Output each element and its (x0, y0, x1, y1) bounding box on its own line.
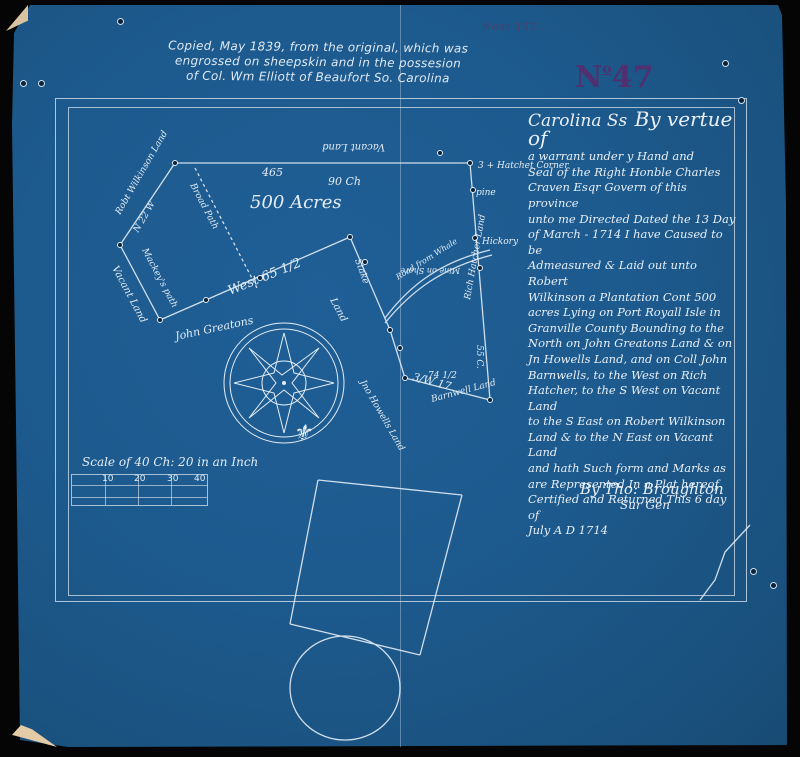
cert-line: Barnwells, to the West on Rich (528, 368, 738, 384)
survey-certificate: Carolina Ss By vertue of a warrant under… (528, 112, 738, 539)
west-boundary (120, 163, 390, 330)
signature-role: Sur Gen (620, 498, 724, 512)
scale-label-10: 10 (102, 474, 113, 484)
scale-caption: Scale of 40 Ch: 20 in an Inch (82, 455, 258, 469)
cert-line: Seal of the Right Honble Charles (528, 165, 738, 181)
cert-line: North on John Greatons Land & on (528, 336, 738, 352)
cert-line: Jn Howells Land, and on Coll John (528, 352, 738, 368)
cert-line: of March - 1714 I have Caused to be (528, 227, 738, 258)
howells-land-label: Jno Howells Land (356, 377, 406, 453)
broad-path (195, 168, 258, 290)
signature-name: By Tho: Broughton (580, 480, 724, 498)
top-vacant-land-label: Vacant Land (322, 141, 385, 152)
bearing-west-65: West 65 1/2 (226, 256, 304, 299)
sketch-bottom (290, 624, 420, 655)
surveyor-signature: By Tho: Broughton Sur Gen (580, 480, 724, 512)
scale-label-20: 20 (134, 474, 145, 484)
scale-row (72, 497, 207, 498)
map-labels: 500 Acres 465 90 Ch Vacant Land West 65 … (109, 129, 569, 453)
cert-line: and hath Such form and Marks as (528, 461, 738, 477)
mackeys-path-label: Mackey's path (139, 246, 179, 310)
mine-on-shore-label: Mine on Shore (400, 266, 461, 275)
bearing-55c: 55 C. (474, 345, 484, 369)
cert-line: to the S East on Robert Wilkinson (528, 414, 738, 430)
cert-line: Wilkinson a Plantation Cont 500 (528, 290, 738, 306)
bearing-n22w: N 22 W (131, 199, 158, 235)
cert-line: acres Lying on Port Royall Isle in (528, 305, 738, 321)
cert-line: Hatcher, to the S West on Vacant Land (528, 383, 738, 414)
land-label: Land (327, 295, 349, 324)
cert-line: Admeasured & Laid out unto Robert (528, 258, 738, 289)
wilkinson-land-label: Robt Wilkinson Land (113, 129, 170, 217)
scale-label-40: 40 (194, 474, 205, 484)
sketch-right (420, 495, 462, 655)
hickory-label: Hickory (481, 237, 519, 247)
sketch-left (290, 480, 318, 624)
compass-rose (224, 323, 344, 443)
survey-markers (118, 151, 493, 403)
top-number-90ch: 90 Ch (328, 175, 361, 188)
sketch-top (318, 480, 462, 495)
pine-label: pine (476, 188, 496, 198)
area-label: 500 Acres (250, 192, 342, 213)
cert-line: Land & to the N East on Vacant Land (528, 430, 738, 461)
john-greatons-label: John Greatons (172, 314, 255, 344)
scale-bar: 10 20 30 40 (71, 474, 208, 506)
cert-line: July A D 1714 (528, 523, 738, 539)
scale-row (72, 485, 207, 486)
certificate-heading: Carolina Ss By vertue of (528, 112, 738, 149)
cert-line: Granville County Bounding to the (528, 321, 738, 337)
sketch-circle (290, 636, 400, 740)
fleur-de-lis-icon: ⚜ (292, 421, 312, 446)
scale-label-30: 30 (167, 474, 178, 484)
bearing-74: 74 1/2 (428, 371, 457, 381)
cert-line: Craven Esqr Govern of this province (528, 180, 738, 211)
cert-line: a warrant under y Hand and (528, 149, 738, 165)
cert-line: unto me Directed Dated the 13 Day (528, 212, 738, 228)
top-number-465: 465 (261, 166, 283, 179)
vacant-land-west-label: Vacant Land (109, 264, 148, 325)
